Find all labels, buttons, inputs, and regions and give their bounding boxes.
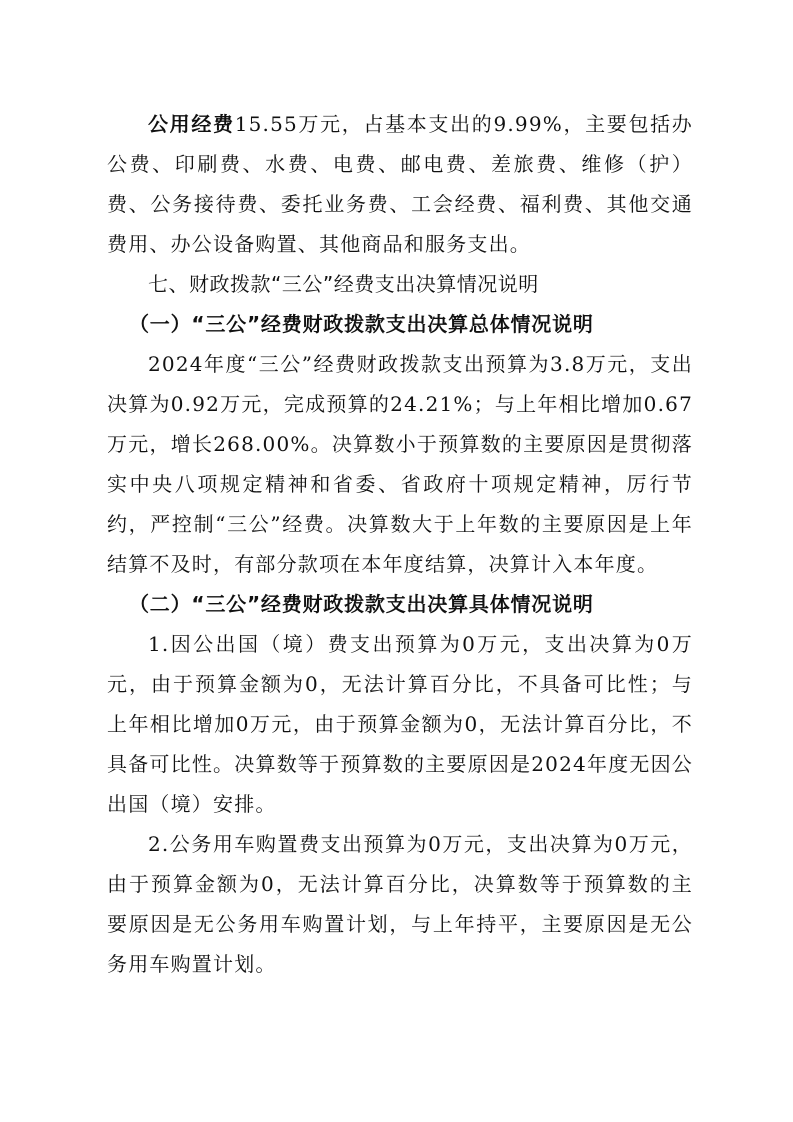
bold-lead-term: 公用经费 [148,112,235,136]
paragraph-overseas-travel: 1.因公出国（境）费支出预算为0万元，支出决算为0万元，由于预算金额为0，无法计… [107,624,693,824]
paragraph-overall-summary: 2024年度“三公”经费财政拨款支出预算为3.8万元，支出决算为0.92万元，完… [107,344,693,584]
subsection-heading-1: （一）“三公”经费财政拨款支出决算总体情况说明 [107,304,693,344]
paragraph-vehicle-purchase: 2.公务用车购置费支出预算为0万元，支出决算为0万元，由于预算金额为0，无法计算… [107,824,693,984]
paragraph-public-expenses: 公用经费15.55万元，占基本支出的9.99%，主要包括办公费、印刷费、水费、电… [107,104,693,264]
document-page: 公用经费15.55万元，占基本支出的9.99%，主要包括办公费、印刷费、水费、电… [107,104,693,984]
subsection-heading-2: （二）“三公”经费财政拨款支出决算具体情况说明 [107,584,693,624]
section-heading-7: 七、财政拨款“三公”经费支出决算情况说明 [107,264,693,304]
